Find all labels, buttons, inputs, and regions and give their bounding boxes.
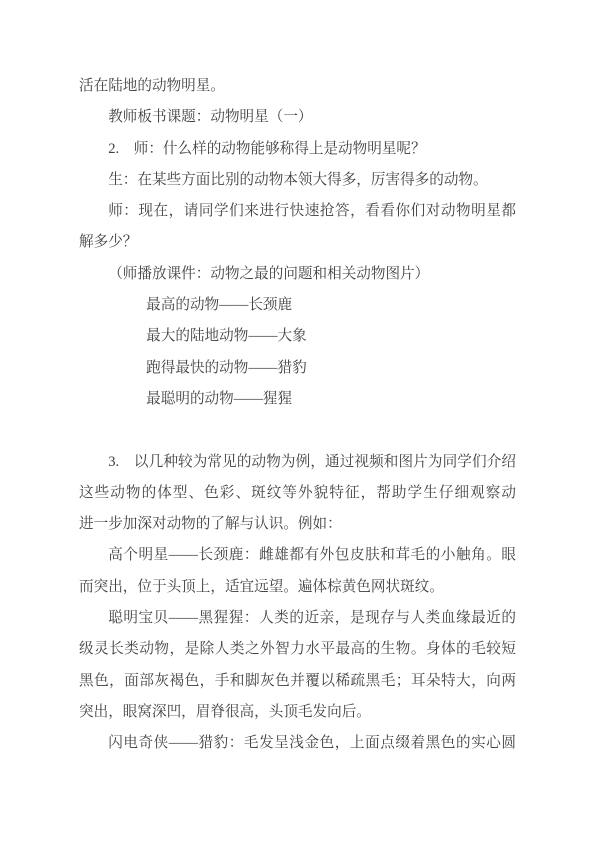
text-line: 黑色，面部灰褐色，手和脚灰色并覆以稀疏黑毛；耳朵特大，向两旁 [79, 666, 516, 697]
text-line: 3. 以几种较为常见的动物为例，通过视频和图片为同学们介绍 [79, 447, 516, 478]
document-content: 活在陆地的动物明星。教师板书课题：动物明星（一）2. 师：什么样的动物能够称得上… [79, 71, 516, 760]
text-line: 突出，眼窝深凹，眉脊很高，头顶毛发向后。 [79, 697, 516, 728]
text-line: （师播放课件：动物之最的问题和相关动物图片） [79, 259, 516, 290]
document-page: 活在陆地的动物明星。教师板书课题：动物明星（一）2. 师：什么样的动物能够称得上… [0, 0, 595, 842]
blank-line [79, 415, 516, 446]
text-line: 聪明宝贝——黑猩猩：人类的近亲，是现存与人类血缘最近的高 [79, 603, 516, 634]
text-line: 闪电奇侠——猎豹：毛发呈浅金色，上面点缀着黑色的实心圆形 [79, 728, 516, 759]
text-line: 而突出，位于头顶上，适宜远望。遍体棕黄色网状斑纹。 [79, 572, 516, 603]
text-line: 这些动物的体型、色彩、斑纹等外貌特征，帮助学生仔细观察动物， [79, 478, 516, 509]
text-line: 生：在某些方面比别的动物本领大得多，厉害得多的动物。 [79, 165, 516, 196]
text-line: 最聪明的动物——猩猩 [79, 384, 516, 415]
text-line: 级灵长类动物，是除人类之外智力水平最高的生物。身体的毛较短呈 [79, 634, 516, 665]
text-line: 2. 师：什么样的动物能够称得上是动物明星呢？ [79, 134, 516, 165]
text-line: 活在陆地的动物明星。 [79, 71, 516, 102]
text-line: 跑得最快的动物——猎豹 [79, 353, 516, 384]
text-line: 进一步加深对动物的了解与认识。例如： [79, 509, 516, 540]
text-line: 高个明星——长颈鹿：雌雄都有外包皮肤和茸毛的小触角。眼大 [79, 540, 516, 571]
text-line: 最大的陆地动物——大象 [79, 321, 516, 352]
text-line: 教师板书课题：动物明星（一） [79, 102, 516, 133]
text-line: 最高的动物——长颈鹿 [79, 290, 516, 321]
text-line: 解多少？ [79, 227, 516, 258]
text-line: 师：现在，请同学们来进行快速抢答，看看你们对动物明星都了 [79, 196, 516, 227]
